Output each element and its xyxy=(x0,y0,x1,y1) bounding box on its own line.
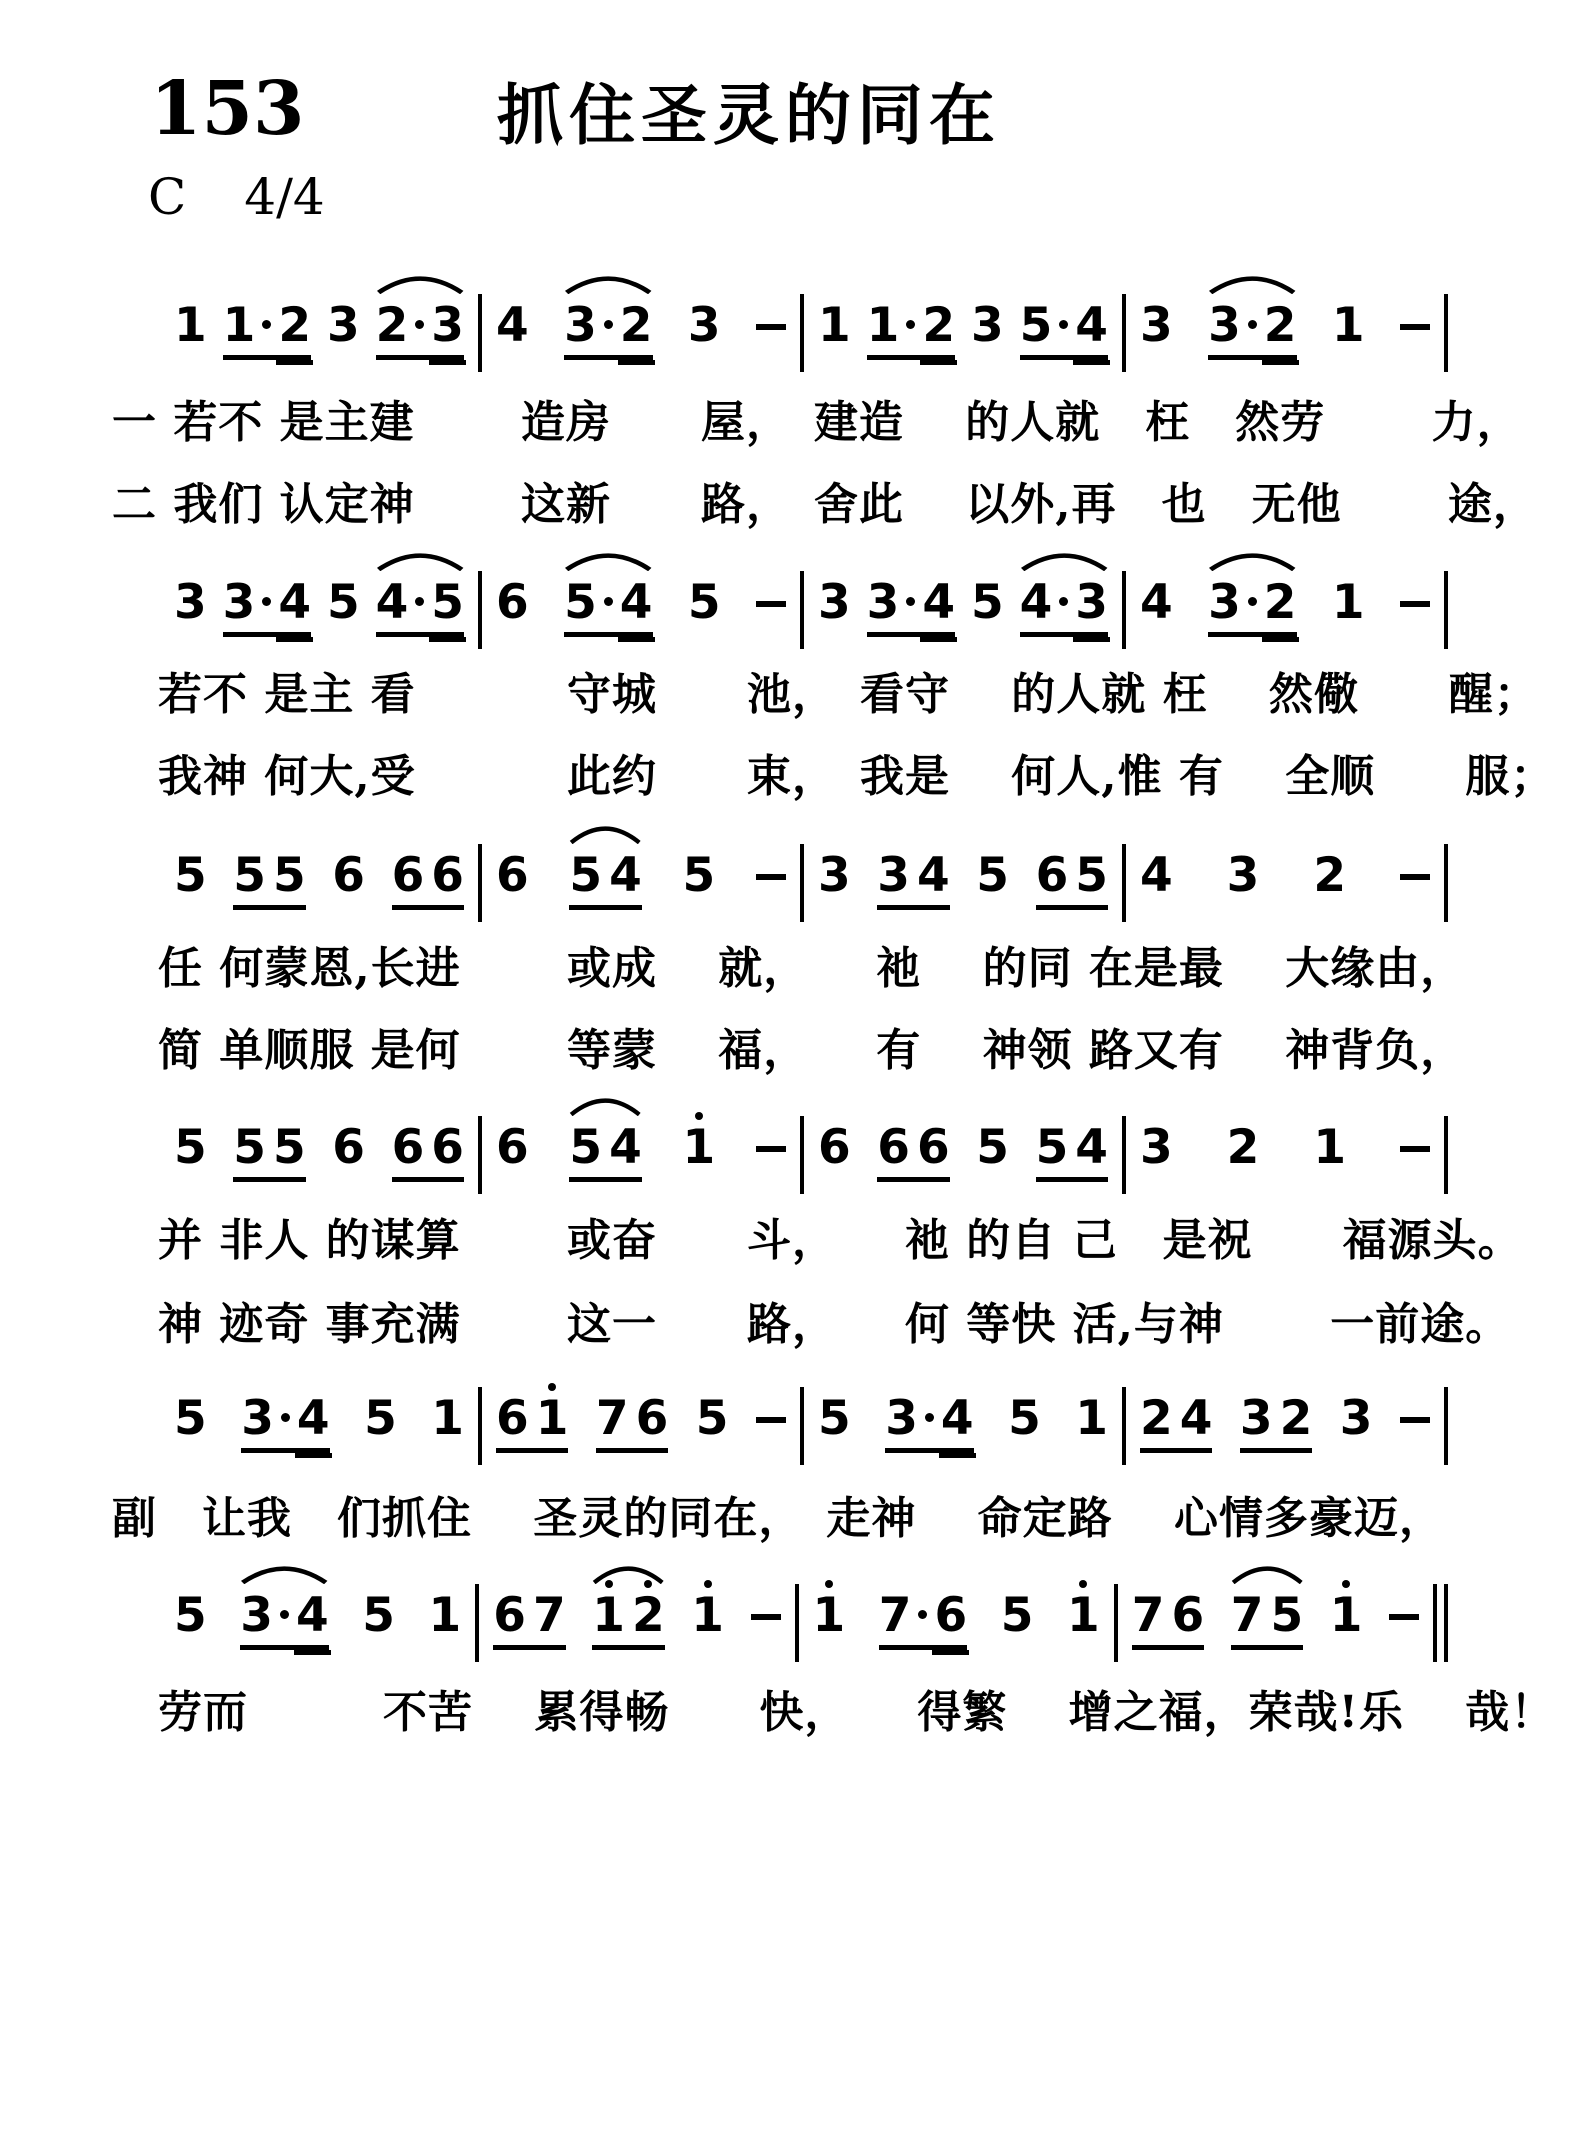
note-group: 3 xyxy=(174,549,207,637)
note-digit: 5 xyxy=(273,852,306,899)
note-digit: 6 xyxy=(496,1124,529,1171)
note-digit: 1 xyxy=(592,1592,625,1639)
note-digit: 7 xyxy=(596,1395,629,1442)
note-digit: 5 xyxy=(1075,852,1108,899)
note-group: 4 xyxy=(496,272,529,360)
note-group: 1 xyxy=(429,1562,462,1650)
note-digit: 5 xyxy=(364,1395,397,1442)
note-digit: 7 xyxy=(1132,1592,1165,1639)
dash-note xyxy=(756,1417,786,1423)
beam-group: 76 xyxy=(1132,1592,1204,1650)
measure: 53451 xyxy=(804,1365,1122,1453)
augmentation-dot xyxy=(262,320,271,329)
note-group: 1 xyxy=(1332,272,1365,360)
lyric-verse2-line2: 我神 何大,受 此约 束， 我是 何人,惟 有 全顺 服； xyxy=(158,740,1558,804)
augmentation-dot xyxy=(604,320,613,329)
note-digit: 5 xyxy=(174,1395,207,1442)
dash-note-group xyxy=(1400,1094,1430,1152)
note-digit: 2 xyxy=(1227,1124,1260,1171)
note-group: 32 xyxy=(1240,1365,1312,1453)
measure: 61765 xyxy=(482,1365,800,1453)
note-group: 76 xyxy=(1132,1562,1204,1650)
note-digit: 5 xyxy=(431,579,464,626)
beam-group: 5 xyxy=(976,852,1009,910)
note-group: 5 xyxy=(362,1562,395,1650)
dash-note-group xyxy=(1400,549,1430,607)
slur-arc xyxy=(564,272,652,294)
note-digit: 1 xyxy=(691,1592,724,1639)
note-digit: 6 xyxy=(496,579,529,626)
measure: 666554 xyxy=(804,1094,1122,1182)
notation-line-4: 5556666541666554321 xyxy=(160,1094,1448,1194)
note-group: 1 xyxy=(174,272,207,360)
beam-group: 1 xyxy=(683,1124,716,1182)
note-group: 34 xyxy=(240,1562,328,1650)
note-group: 66 xyxy=(392,822,464,910)
note-group: 1 xyxy=(1332,549,1365,637)
dash-note-group xyxy=(756,1094,786,1152)
note-digit: 4 xyxy=(296,1592,329,1639)
dash-note xyxy=(1400,874,1430,880)
note-digit: 3 xyxy=(885,1395,918,1442)
note-digit: 7 xyxy=(879,1592,912,1639)
beam-group: 55 xyxy=(233,1124,305,1182)
note-digit: 3 xyxy=(1075,579,1108,626)
beam-group: 1 xyxy=(174,302,207,360)
slur-arc xyxy=(569,822,641,844)
note-digit: 1 xyxy=(1067,1592,1100,1639)
dash-note-group xyxy=(756,822,786,880)
augmentation-dot xyxy=(262,597,271,606)
note-digit: 2 xyxy=(1140,1395,1173,1442)
beam-group: 5 xyxy=(1008,1395,1041,1453)
note-digit: 4 xyxy=(941,1395,974,1442)
end-barline xyxy=(1444,294,1448,372)
measure: 24323 xyxy=(1126,1365,1444,1453)
note-group: 6 xyxy=(818,1094,851,1182)
dash-note xyxy=(1400,324,1430,330)
beam-group: 66 xyxy=(877,1124,949,1182)
beam-group: 12 xyxy=(592,1592,664,1650)
note-group: 3 xyxy=(1227,822,1260,910)
note-digit: 3 xyxy=(1208,302,1241,349)
note-digit: 6 xyxy=(917,1124,950,1171)
note-digit: 5 xyxy=(1270,1592,1303,1639)
note-digit: 3 xyxy=(1140,1124,1173,1171)
note-digit: 6 xyxy=(877,1124,910,1171)
note-digit: 5 xyxy=(174,852,207,899)
note-digit: 5 xyxy=(327,579,360,626)
note-group: 34 xyxy=(223,549,311,637)
note-group: 66 xyxy=(877,1094,949,1182)
note-digit: 3 xyxy=(688,302,721,349)
beam-group: 5 xyxy=(174,1124,207,1182)
note-digit: 6 xyxy=(1171,1592,1204,1639)
note-digit: 4 xyxy=(1140,852,1173,899)
measure: 321 xyxy=(1126,1094,1444,1182)
note-group: 3 xyxy=(1340,1365,1373,1453)
note-digit: 5 xyxy=(569,1124,602,1171)
note-group: 4 xyxy=(1140,822,1173,910)
note-digit: 2 xyxy=(1280,1395,1313,1442)
note-digit: 7 xyxy=(1231,1592,1264,1639)
note-group: 1 xyxy=(813,1562,846,1650)
augmentation-dot xyxy=(1248,320,1257,329)
note-digit: 5 xyxy=(273,1124,306,1171)
note-group: 5 xyxy=(364,1365,397,1453)
note-digit: 3 xyxy=(1340,1395,1373,1442)
note-group: 24 xyxy=(1140,1365,1212,1453)
note-group: 43 xyxy=(1020,549,1108,637)
note-digit: 3 xyxy=(1140,302,1173,349)
beam-group: 75 xyxy=(1231,1592,1303,1650)
note-digit: 6 xyxy=(431,852,464,899)
note-group: 1 xyxy=(683,1094,716,1182)
note-digit: 4 xyxy=(1180,1395,1213,1442)
note-digit: 5 xyxy=(1036,1124,1069,1171)
augmentation-dot xyxy=(415,320,424,329)
beam-group: 54 xyxy=(1036,1124,1108,1182)
note-group: 54 xyxy=(1036,1094,1108,1182)
note-digit: 6 xyxy=(332,852,365,899)
note-group: 6 xyxy=(332,822,365,910)
beam-group: 5 xyxy=(362,1592,395,1650)
augmentation-dot xyxy=(281,1413,290,1422)
note-digit: 3 xyxy=(327,302,360,349)
beam-group: 1 xyxy=(1075,1395,1108,1453)
beam-group: 34 xyxy=(867,579,955,637)
note-digit: 4 xyxy=(609,1124,642,1171)
note-group: 3 xyxy=(818,822,851,910)
beam-group: 3 xyxy=(818,579,851,637)
measure: 555666 xyxy=(160,1094,478,1182)
measure: 6545 xyxy=(482,549,800,637)
note-digit: 2 xyxy=(1264,579,1297,626)
dash-note xyxy=(1400,1146,1430,1152)
lyric-chorus-line2: 劳而 不苦 累得畅 快， 得繁 增之福，荣哉!乐 哉！ xyxy=(158,1676,1558,1740)
note-digit: 3 xyxy=(223,579,256,626)
beam-group: 1 xyxy=(1067,1592,1100,1650)
beam-group: 32 xyxy=(1208,302,1296,360)
beam-group: 65 xyxy=(1036,852,1108,910)
note-digit: 3 xyxy=(867,579,900,626)
beam-group: 1 xyxy=(1332,579,1365,637)
measure: 53451 xyxy=(160,1365,478,1453)
note-digit: 5 xyxy=(233,852,266,899)
beam-group: 5 xyxy=(976,1124,1009,1182)
note-digit: 5 xyxy=(683,852,716,899)
page-title: 抓住圣灵的同在 xyxy=(497,62,1001,157)
note-digit: 1 xyxy=(431,1395,464,1442)
beam-group: 34 xyxy=(241,1395,329,1453)
beam-group: 23 xyxy=(376,302,464,360)
note-digit: 6 xyxy=(493,1592,526,1639)
beam-group: 76 xyxy=(879,1592,967,1650)
slur-arc xyxy=(376,549,464,571)
augmentation-dot xyxy=(604,597,613,606)
dash-note xyxy=(756,324,786,330)
note-digit: 3 xyxy=(174,579,207,626)
beam-group: 5 xyxy=(971,579,1004,637)
beam-group: 1 xyxy=(1330,1592,1363,1650)
beam-group: 1 xyxy=(813,1592,846,1650)
note-digit: 5 xyxy=(1001,1592,1034,1639)
note-digit: 1 xyxy=(1332,302,1365,349)
note-digit: 5 xyxy=(1020,302,1053,349)
note-digit: 3 xyxy=(971,302,1004,349)
note-digit: 4 xyxy=(1075,1124,1108,1171)
note-group: 5 xyxy=(174,1562,207,1650)
beam-group: 24 xyxy=(1140,1395,1212,1453)
slur-arc xyxy=(1020,549,1108,571)
note-digit: 1 xyxy=(1330,1592,1363,1639)
measure: 76751 xyxy=(1118,1562,1433,1650)
note-group: 5 xyxy=(971,549,1004,637)
note-digit: 4 xyxy=(620,579,653,626)
note-digit: 5 xyxy=(569,852,602,899)
note-digit: 6 xyxy=(496,852,529,899)
note-group: 3 xyxy=(971,272,1004,360)
note-digit: 4 xyxy=(278,579,311,626)
beam-group: 34 xyxy=(885,1395,973,1453)
beam-group: 5 xyxy=(174,852,207,910)
beam-group: 54 xyxy=(564,579,652,637)
dash-note-group xyxy=(756,549,786,607)
dash-note-group xyxy=(756,1365,786,1423)
note-group: 5 xyxy=(976,1094,1009,1182)
note-digit: 5 xyxy=(362,1592,395,1639)
note-group: 6 xyxy=(332,1094,365,1182)
note-digit: 3 xyxy=(877,852,910,899)
final-double-barline xyxy=(1433,1584,1448,1662)
end-barline xyxy=(1444,844,1448,922)
dash-note-group xyxy=(1389,1562,1419,1620)
note-group: 23 xyxy=(376,272,464,360)
note-digit: 5 xyxy=(976,852,1009,899)
beam-group: 3 xyxy=(1140,302,1173,360)
beam-group: 6 xyxy=(818,1124,851,1182)
beam-group: 55 xyxy=(233,852,305,910)
slur-arc xyxy=(1231,1562,1303,1584)
slur-arc xyxy=(376,272,464,294)
beam-group: 34 xyxy=(877,852,949,910)
measure: 4323 xyxy=(482,272,800,360)
beam-group: 2 xyxy=(1227,1124,1260,1182)
note-group: 5 xyxy=(327,549,360,637)
note-group: 1 xyxy=(1313,1094,1346,1182)
note-digit: 3 xyxy=(818,579,851,626)
beam-group: 3 xyxy=(1227,852,1260,910)
note-digit: 5 xyxy=(233,1124,266,1171)
note-group: 5 xyxy=(696,1365,729,1453)
note-digit: 2 xyxy=(922,302,955,349)
note-digit: 6 xyxy=(818,1124,851,1171)
note-digit: 1 xyxy=(536,1395,569,1442)
beam-group: 12 xyxy=(223,302,311,360)
dash-note xyxy=(756,874,786,880)
note-digit: 2 xyxy=(632,1592,665,1639)
time-signature: 4/4 xyxy=(244,168,324,226)
note-digit: 6 xyxy=(636,1395,669,1442)
note-digit: 4 xyxy=(376,579,409,626)
note-group: 34 xyxy=(885,1365,973,1453)
note-digit: 1 xyxy=(1075,1395,1108,1442)
beam-group: 45 xyxy=(376,579,464,637)
note-digit: 2 xyxy=(620,302,653,349)
note-digit: 5 xyxy=(174,1124,207,1171)
beam-group: 6 xyxy=(332,852,365,910)
note-digit: 2 xyxy=(376,302,409,349)
lyric-chorus-line1: 副 让我 们抓住 圣灵的同在， 走神 命定路 心情多豪迈， xyxy=(112,1482,1512,1546)
dash-note xyxy=(756,1146,786,1152)
note-group: 12 xyxy=(223,272,311,360)
notation-line-6: 53451671211765176751 xyxy=(160,1562,1448,1662)
beam-group: 3 xyxy=(818,852,851,910)
note-digit: 1 xyxy=(1313,1124,1346,1171)
note-digit: 6 xyxy=(496,1395,529,1442)
note-group: 12 xyxy=(592,1562,664,1650)
note-digit: 4 xyxy=(1075,302,1108,349)
beam-group: 66 xyxy=(392,852,464,910)
note-group: 5 xyxy=(818,1365,851,1453)
note-digit: 5 xyxy=(696,1395,729,1442)
note-group: 34 xyxy=(877,822,949,910)
lyric-verse1-line2: 若不 是主 看 守城 池， 看守 的人就 枉 然儆 醒； xyxy=(158,658,1558,722)
beam-group: 4 xyxy=(1140,852,1173,910)
beam-group: 54 xyxy=(1020,302,1108,360)
augmentation-dot xyxy=(1059,597,1068,606)
note-group: 55 xyxy=(233,1094,305,1182)
note-group: 4 xyxy=(1140,549,1173,637)
note-group: 32 xyxy=(564,272,652,360)
note-group: 1 xyxy=(1067,1562,1100,1650)
note-digit: 3 xyxy=(241,1395,274,1442)
beam-group: 54 xyxy=(569,852,641,910)
dash-note xyxy=(751,1614,781,1620)
dash-note xyxy=(1389,1614,1419,1620)
measure: 4321 xyxy=(1126,549,1444,637)
augmentation-dot xyxy=(906,597,915,606)
beam-group: 5 xyxy=(1001,1592,1034,1650)
beam-group: 32 xyxy=(564,302,652,360)
beam-group: 6 xyxy=(496,852,529,910)
measure: 112323 xyxy=(160,272,478,360)
note-digit: 5 xyxy=(564,579,597,626)
slur-arc xyxy=(569,1094,641,1116)
note-group: 34 xyxy=(867,549,955,637)
slur-arc xyxy=(564,549,652,571)
note-group: 54 xyxy=(564,549,652,637)
note-digit: 5 xyxy=(174,1592,207,1639)
note-group: 54 xyxy=(569,822,641,910)
note-group: 67 xyxy=(493,1562,565,1650)
note-digit: 4 xyxy=(1140,579,1173,626)
note-digit: 3 xyxy=(240,1592,273,1639)
augmentation-dot xyxy=(906,320,915,329)
note-digit: 6 xyxy=(934,1592,967,1639)
hymn-number: 153 xyxy=(150,66,304,152)
notation-line-5: 53451617655345124323 xyxy=(160,1365,1448,1465)
measure: 334545 xyxy=(160,549,478,637)
beam-group: 76 xyxy=(596,1395,668,1453)
beam-group: 12 xyxy=(867,302,955,360)
note-group: 6 xyxy=(496,1094,529,1182)
note-digit: 2 xyxy=(1313,852,1346,899)
dash-note-group xyxy=(1400,822,1430,880)
beam-group: 6 xyxy=(496,579,529,637)
measure: 334565 xyxy=(804,822,1122,910)
beam-group: 32 xyxy=(1208,579,1296,637)
key-letter: C xyxy=(148,168,186,226)
key-signature: C4/4 xyxy=(148,168,325,226)
beam-group: 3 xyxy=(1340,1395,1373,1453)
beam-group: 5 xyxy=(174,1395,207,1453)
notation-line-2: 33454565453345434321 xyxy=(160,549,1448,649)
note-group: 65 xyxy=(1036,822,1108,910)
beam-group: 1 xyxy=(818,302,851,360)
note-group: 66 xyxy=(392,1094,464,1182)
beam-group: 5 xyxy=(364,1395,397,1453)
end-barline xyxy=(1444,1387,1448,1465)
beam-group: 6 xyxy=(332,1124,365,1182)
beam-group: 54 xyxy=(569,1124,641,1182)
augmentation-dot xyxy=(415,597,424,606)
note-digit: 4 xyxy=(297,1395,330,1442)
note-group: 12 xyxy=(867,272,955,360)
augmentation-dot xyxy=(280,1610,289,1619)
note-digit: 1 xyxy=(818,302,851,349)
note-group: 3 xyxy=(327,272,360,360)
beam-group: 3 xyxy=(174,579,207,637)
note-group: 3 xyxy=(818,549,851,637)
beam-group: 5 xyxy=(174,1592,207,1650)
dash-note xyxy=(1400,601,1430,607)
note-digit: 4 xyxy=(609,852,642,899)
note-digit: 4 xyxy=(496,302,529,349)
note-digit: 2 xyxy=(278,302,311,349)
note-group: 1 xyxy=(1330,1562,1363,1650)
beam-group: 66 xyxy=(392,1124,464,1182)
slur-arc xyxy=(240,1562,328,1584)
beam-group: 3 xyxy=(327,302,360,360)
beam-group: 5 xyxy=(696,1395,729,1453)
note-digit: 3 xyxy=(1240,1395,1273,1442)
beam-group: 1 xyxy=(431,1395,464,1453)
measure: 53451 xyxy=(160,1562,475,1650)
beam-group: 32 xyxy=(1240,1395,1312,1453)
measure: 334543 xyxy=(804,549,1122,637)
note-group: 3 xyxy=(1140,1094,1173,1182)
dash-note xyxy=(1400,1417,1430,1423)
note-group: 5 xyxy=(688,549,721,637)
note-group: 3 xyxy=(688,272,721,360)
note-group: 32 xyxy=(1208,272,1296,360)
note-digit: 1 xyxy=(813,1592,846,1639)
note-group: 1 xyxy=(691,1562,724,1650)
note-digit: 4 xyxy=(1020,579,1053,626)
note-digit: 1 xyxy=(223,302,256,349)
slur-arc xyxy=(592,1562,664,1584)
note-group: 5 xyxy=(976,822,1009,910)
beam-group: 61 xyxy=(496,1395,568,1453)
augmentation-dot xyxy=(918,1610,927,1619)
note-digit: 6 xyxy=(1036,852,1069,899)
augmentation-dot xyxy=(1059,320,1068,329)
beam-group: 6 xyxy=(496,1124,529,1182)
note-group: 2 xyxy=(1227,1094,1260,1182)
end-barline xyxy=(1444,1116,1448,1194)
beam-group: 1 xyxy=(691,1592,724,1650)
